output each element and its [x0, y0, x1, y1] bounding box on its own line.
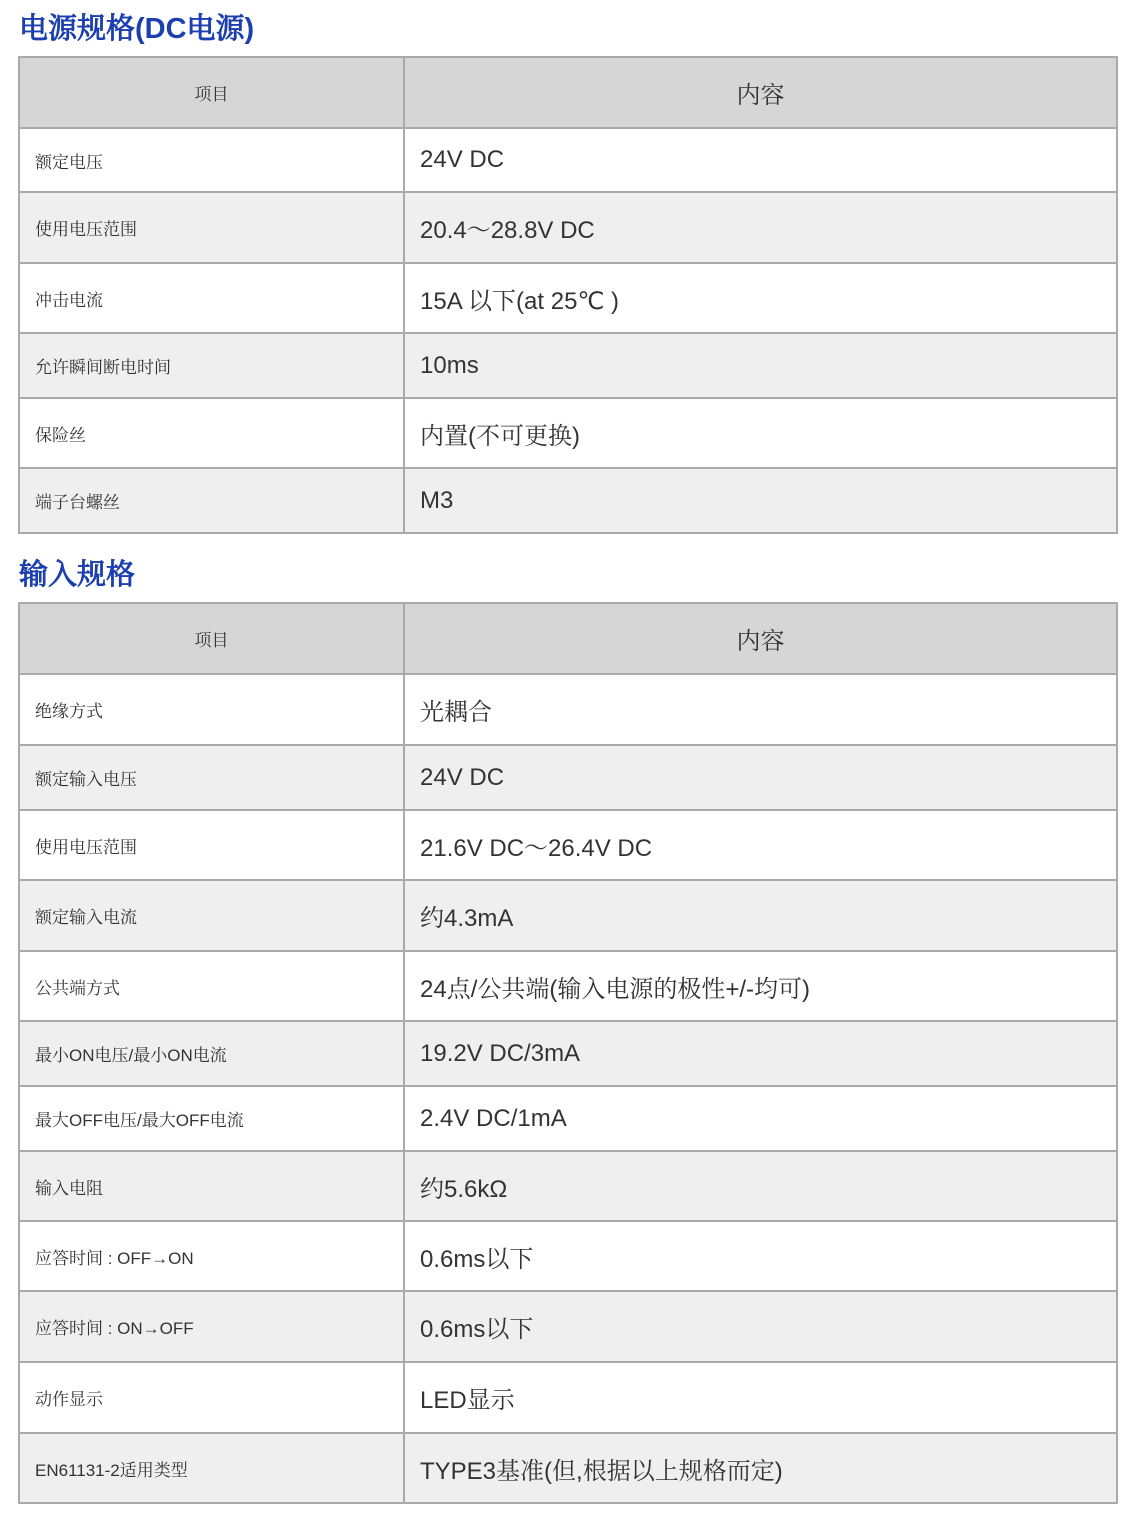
row-item: 额定输入电流: [19, 880, 404, 951]
row-content: 光耦合: [404, 674, 1117, 745]
table-row: 应答时间 : OFF→ON 0.6ms以下: [19, 1221, 1117, 1291]
row-item: 冲击电流: [19, 263, 404, 333]
table-row: 冲击电流 15A 以下(at 25℃ ): [19, 263, 1117, 333]
row-content: 19.2V DC/3mA: [404, 1021, 1117, 1086]
table-row: 最大OFF电压/最大OFF电流 2.4V DC/1mA: [19, 1086, 1117, 1151]
table-row: 额定输入电流 约4.3mA: [19, 880, 1117, 951]
header-item: 项目: [19, 603, 404, 674]
row-content: 2.4V DC/1mA: [404, 1086, 1117, 1151]
power-spec-table: 项目 内容 额定电压 24V DC 使用电压范围 20.4～28.8V DC 冲…: [18, 56, 1118, 534]
row-item: 最小ON电压/最小ON电流: [19, 1021, 404, 1086]
row-item: 允许瞬间断电时间: [19, 333, 404, 398]
row-item: 保险丝: [19, 398, 404, 468]
table-row: 动作显示 LED显示: [19, 1362, 1117, 1433]
table-row: 使用电压范围 21.6V DC～26.4V DC: [19, 810, 1117, 880]
row-item: 使用电压范围: [19, 810, 404, 880]
header-content: 内容: [404, 603, 1117, 674]
row-item: 绝缘方式: [19, 674, 404, 745]
table-row: 绝缘方式 光耦合: [19, 674, 1117, 745]
table-row: 额定输入电压 24V DC: [19, 745, 1117, 810]
row-content: 约5.6kΩ: [404, 1151, 1117, 1221]
row-content: 24V DC: [404, 745, 1117, 810]
table-row: 保险丝 内置(不可更换): [19, 398, 1117, 468]
row-content: 0.6ms以下: [404, 1291, 1117, 1362]
row-item: 最大OFF电压/最大OFF电流: [19, 1086, 404, 1151]
row-content: 0.6ms以下: [404, 1221, 1117, 1291]
row-content: 21.6V DC～26.4V DC: [404, 810, 1117, 880]
table-row: 最小ON电压/最小ON电流 19.2V DC/3mA: [19, 1021, 1117, 1086]
row-content: 10ms: [404, 333, 1117, 398]
row-item: 动作显示: [19, 1362, 404, 1433]
table-row: 额定电压 24V DC: [19, 128, 1117, 192]
table-row: EN61131-2适用类型 TYPE3基准(但,根据以上规格而定): [19, 1433, 1117, 1503]
row-item: 应答时间 : OFF→ON: [19, 1221, 404, 1291]
row-item: 应答时间 : ON→OFF: [19, 1291, 404, 1362]
row-content: 约4.3mA: [404, 880, 1117, 951]
row-item: 公共端方式: [19, 951, 404, 1021]
header-item: 项目: [19, 57, 404, 128]
row-item: 额定电压: [19, 128, 404, 192]
row-content: 15A 以下(at 25℃ ): [404, 263, 1117, 333]
row-item: 端子台螺丝: [19, 468, 404, 533]
row-content: 24点/公共端(输入电源的极性+/-均可): [404, 951, 1117, 1021]
row-item: EN61131-2适用类型: [19, 1433, 404, 1503]
input-spec-table: 项目 内容 绝缘方式 光耦合 额定输入电压 24V DC 使用电压范围 21.6…: [18, 602, 1118, 1504]
table-header-row: 项目 内容: [19, 57, 1117, 128]
row-content: LED显示: [404, 1362, 1117, 1433]
table-row: 公共端方式 24点/公共端(输入电源的极性+/-均可): [19, 951, 1117, 1021]
table-row: 使用电压范围 20.4～28.8V DC: [19, 192, 1117, 263]
section-title-input-spec: 输入规格: [19, 558, 135, 592]
row-content: 24V DC: [404, 128, 1117, 192]
row-content: M3: [404, 468, 1117, 533]
section-title-power-spec: 电源规格(DC电源): [19, 12, 254, 46]
row-item: 额定输入电压: [19, 745, 404, 810]
table-row: 允许瞬间断电时间 10ms: [19, 333, 1117, 398]
row-content: 20.4～28.8V DC: [404, 192, 1117, 263]
header-content: 内容: [404, 57, 1117, 128]
table-row: 输入电阻 约5.6kΩ: [19, 1151, 1117, 1221]
row-content: TYPE3基准(但,根据以上规格而定): [404, 1433, 1117, 1503]
table-header-row: 项目 内容: [19, 603, 1117, 674]
row-item: 使用电压范围: [19, 192, 404, 263]
table-row: 端子台螺丝 M3: [19, 468, 1117, 533]
table-row: 应答时间 : ON→OFF 0.6ms以下: [19, 1291, 1117, 1362]
row-item: 输入电阻: [19, 1151, 404, 1221]
row-content: 内置(不可更换): [404, 398, 1117, 468]
